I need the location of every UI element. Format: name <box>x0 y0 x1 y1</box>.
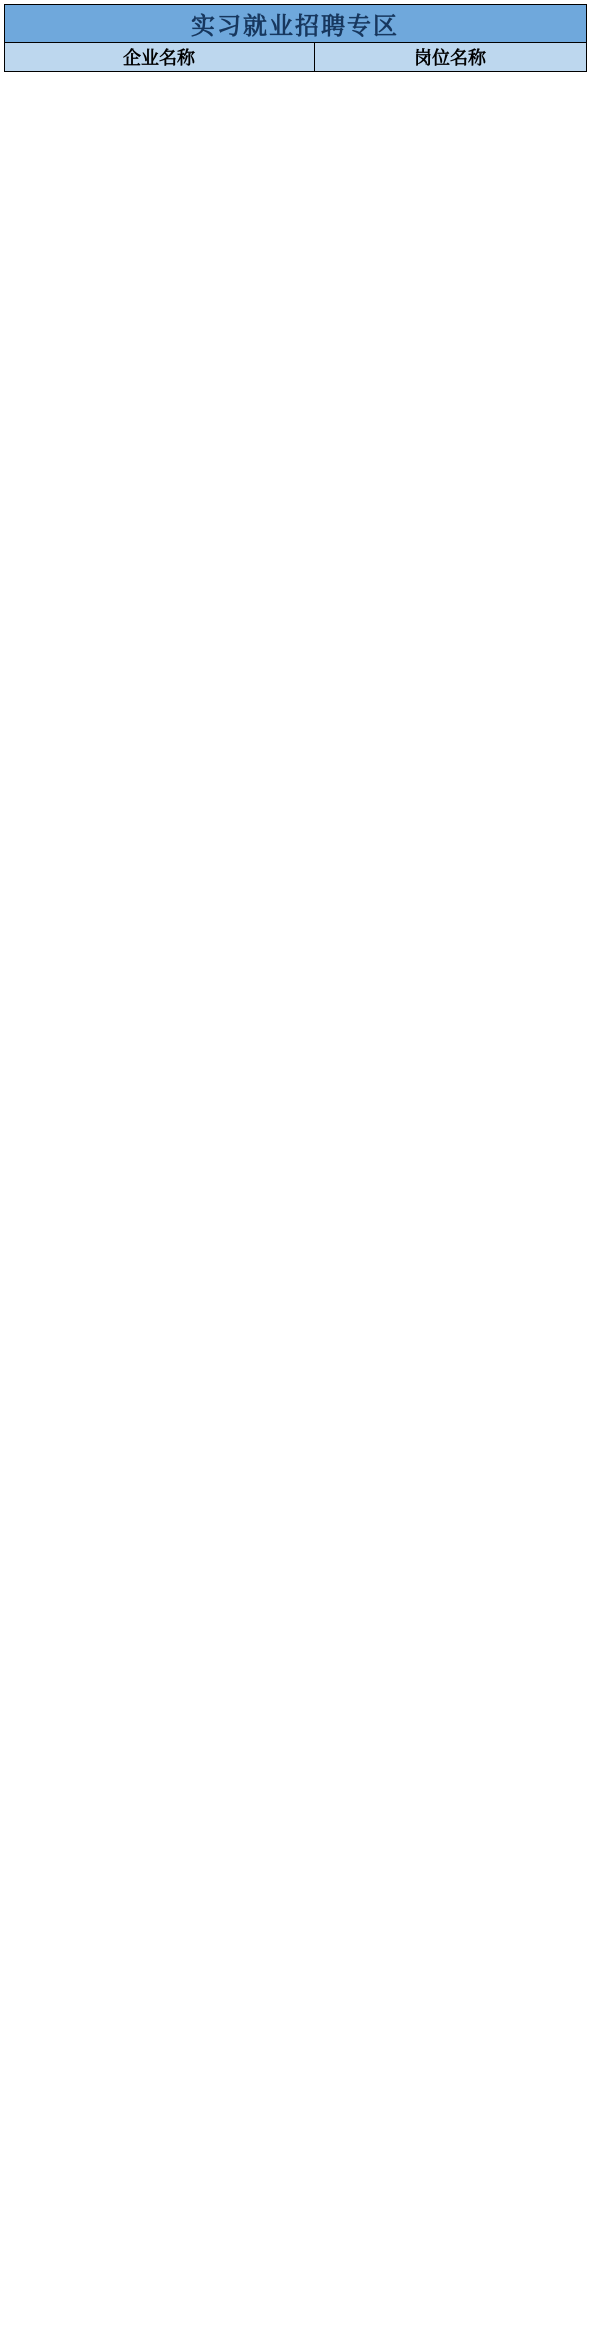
title-row: 实习就业招聘专区 <box>4 5 586 43</box>
column-header-position: 岗位名称 <box>314 43 586 72</box>
page-title: 实习就业招聘专区 <box>4 5 586 43</box>
recruitment-page: 实习就业招聘专区 企业名称 岗位名称 <box>0 0 590 76</box>
recruitment-table: 实习就业招聘专区 企业名称 岗位名称 <box>4 4 587 72</box>
column-header-row: 企业名称 岗位名称 <box>4 43 586 72</box>
column-header-company: 企业名称 <box>4 43 314 72</box>
